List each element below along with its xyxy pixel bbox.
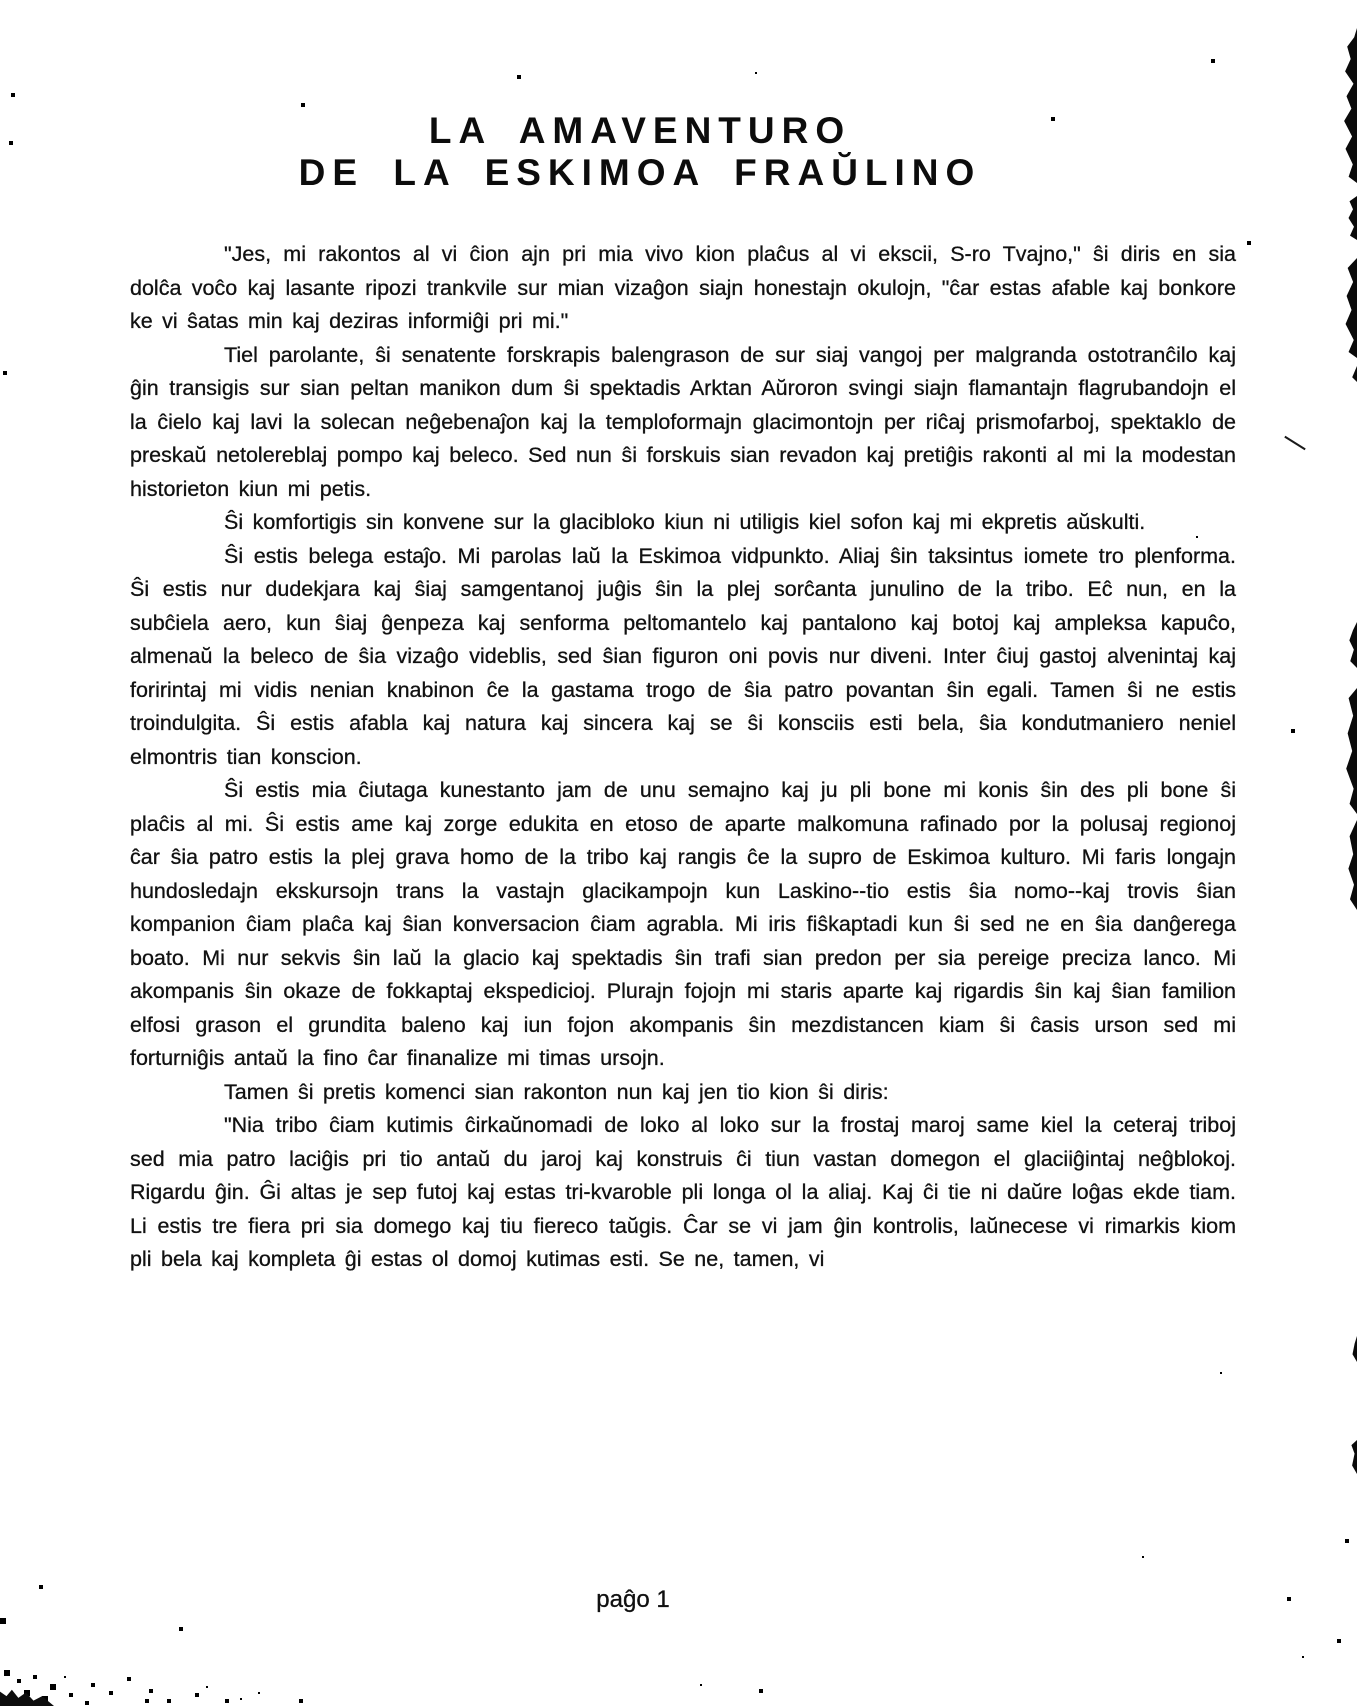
scan-artifact-right-edge (1345, 688, 1357, 814)
scan-artifact-right-edge (1350, 1440, 1357, 1474)
scan-artifact-right-edge (1347, 820, 1357, 910)
paragraph-5: Ŝi estis mia ĉiutaga kunestanto jam de u… (130, 774, 1236, 1076)
scan-artifact-right-edge (1348, 622, 1357, 668)
paragraph-7: "Nia tribo ĉiam kutimis ĉirkaŭnomadi de … (130, 1109, 1236, 1277)
scan-artifact-right-edge (1347, 196, 1357, 240)
paragraph-6: Tamen ŝi pretis komenci sian rakonton nu… (130, 1076, 1236, 1110)
title-line-2: DE LA ESKIMOA FRAŬLINO (130, 152, 1150, 194)
scan-artifact-corner (0, 1688, 54, 1706)
document-body: "Jes, mi rakontos al vi ĉion ajn pri mia… (130, 238, 1236, 1277)
scan-artifact-right-edge (1351, 366, 1357, 382)
scanned-document-page: LA AMAVENTURO DE LA ESKIMOA FRAŬLINO "Je… (0, 0, 1357, 1706)
paragraph-4: Ŝi estis belega estaĵo. Mi parolas laŭ l… (130, 540, 1236, 775)
scan-artifact-right-edge (1344, 258, 1357, 358)
paragraph-2: Tiel parolante, ŝi senatente forskrapis … (130, 339, 1236, 507)
scan-speckles-bottom-left (0, 0, 2, 2)
scan-artifact-right-edge (1343, 28, 1357, 183)
title-line-1: LA AMAVENTURO (130, 110, 1150, 152)
paragraph-3: Ŝi komfortigis sin konvene sur la glacib… (130, 506, 1236, 540)
paragraph-1: "Jes, mi rakontos al vi ĉion ajn pri mia… (130, 238, 1236, 339)
document-title: LA AMAVENTURO DE LA ESKIMOA FRAŬLINO (130, 110, 1150, 194)
scan-artifact-tick (1284, 436, 1305, 450)
scan-artifact-right-edge (1351, 1336, 1357, 1362)
page-number: paĝo 1 (130, 1586, 1136, 1614)
